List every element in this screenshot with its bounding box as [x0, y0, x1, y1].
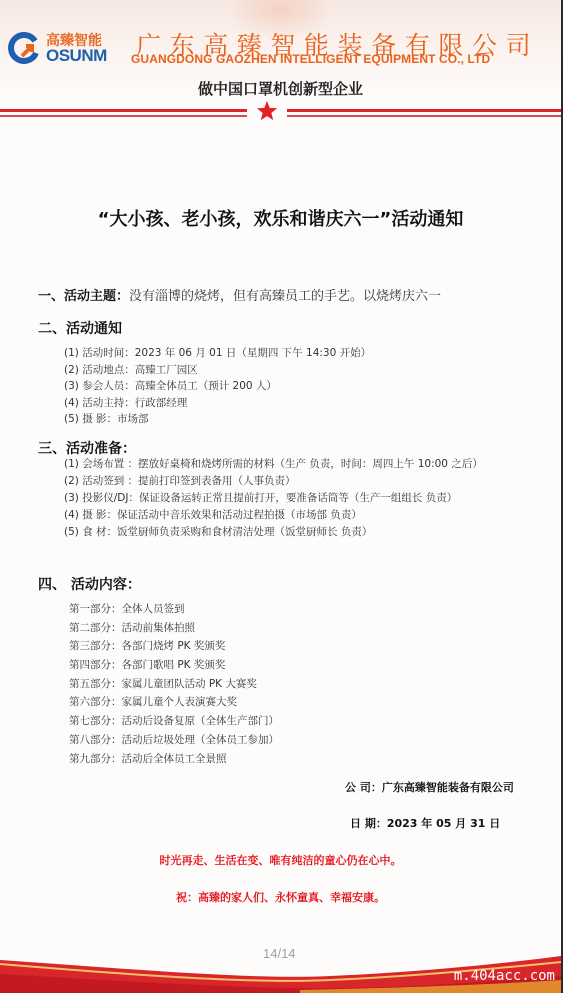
- section-notice-list: (1) 活动时间：2023 年 06 月 01 日（星期四 下午 14:30 开…: [64, 345, 371, 428]
- document-page: 高臻智能 OSUNM 广东高臻智能装备有限公司 GUANGDONG GAOZHE…: [0, 0, 561, 993]
- list-item: 第九部分：活动后全体员工全景照: [69, 750, 279, 769]
- list-item: 第五部分：家属儿童团队活动 PK 大赛奖: [69, 675, 279, 694]
- closing-line-1: 时光再走、生活在变、唯有纯洁的童心仍在心中。: [0, 852, 561, 868]
- list-item: 第一部分：全体人员签到: [69, 600, 279, 619]
- watermark-text: m.404acc.com: [454, 968, 555, 984]
- company-slogan: 做中国口罩机创新型企业: [0, 78, 561, 99]
- document-title: “大小孩、老小孩，欢乐和谐庆六一”活动通知: [0, 205, 561, 231]
- section-prep-heading: 三、活动准备：: [38, 438, 136, 458]
- company-name-english: GUANGDONG GAOZHEN INTELLIGENT EQUIPMENT …: [131, 52, 490, 66]
- list-item: (4) 摄 影：保证活动中音乐效果和活动过程拍摄（市场部 负责）: [64, 507, 483, 524]
- closing-line-2: 祝：高臻的家人们、永怀童真、幸福安康。: [0, 889, 561, 905]
- list-item: 第七部分：活动后设备复原（全体生产部门）: [69, 712, 279, 731]
- red-star-icon: [256, 100, 278, 122]
- list-item: (1) 会场布置 ：摆放好桌椅和烧烤所需的材料（生产 负责，时间：周四上午 10…: [64, 456, 483, 473]
- list-item: 第四部分：各部门歌唱 PK 奖颁奖: [69, 656, 279, 675]
- list-item: (5) 摄 影：市场部: [64, 411, 371, 428]
- section-theme-prefix: 一、: [38, 289, 64, 304]
- list-item: 第六部分：家属儿童个人表演赛大奖: [69, 693, 279, 712]
- section-content-list: 第一部分：全体人员签到 第二部分：活动前集体拍照 第三部分：各部门烧烤 PK 奖…: [69, 600, 279, 768]
- list-item: (3) 投影仪/DJ：保证设备运转正常且提前打开，要准备话筒等（生产一组组长 负…: [64, 490, 483, 507]
- section-notice-heading: 二、活动通知: [38, 318, 122, 338]
- signature-date: 日 期：2023 年 05 月 31 日: [350, 815, 500, 831]
- company-logo: 高臻智能 OSUNM: [8, 30, 126, 70]
- header-divider-right: [287, 109, 561, 117]
- list-item: 第三部分：各部门烧烤 PK 奖颁奖: [69, 637, 279, 656]
- logo-english-text: OSUNM: [46, 46, 107, 66]
- list-item: 第八部分：活动后垃圾处理（全体员工参加）: [69, 731, 279, 750]
- section-theme-text: 没有淄博的烧烤，但有高臻员工的手艺。以烧烤庆六一: [129, 289, 441, 304]
- signature-company: 公 司：广东高臻智能装备有限公司: [345, 779, 514, 795]
- list-item: (1) 活动时间：2023 年 06 月 01 日（星期四 下午 14:30 开…: [64, 345, 371, 362]
- list-item: (5) 食 材：饭堂厨师负责采购和食材清洁处理（饭堂厨师长 负责）: [64, 524, 483, 541]
- section-theme: 一、活动主题：没有淄博的烧烤，但有高臻员工的手艺。以烧烤庆六一: [38, 285, 441, 304]
- list-item: (4) 活动主持：行政部经理: [64, 395, 371, 412]
- g-arrow-logo-icon: [8, 32, 40, 64]
- list-item: (2) 活动签到 ：提前打印签到表备用（人事负责）: [64, 473, 483, 490]
- section-content-heading: 四、 活动内容：: [38, 574, 141, 594]
- section-prep-list: (1) 会场布置 ：摆放好桌椅和烧烤所需的材料（生产 负责，时间：周四上午 10…: [64, 456, 483, 541]
- list-item: (2) 活动地点：高臻工厂园区: [64, 362, 371, 379]
- section-theme-label: 活动主题：: [64, 289, 129, 304]
- list-item: (3) 参会人员：高臻全体员工（预计 200 人）: [64, 378, 371, 395]
- header-divider-left: [0, 109, 247, 117]
- list-item: 第二部分：活动前集体拍照: [69, 619, 279, 638]
